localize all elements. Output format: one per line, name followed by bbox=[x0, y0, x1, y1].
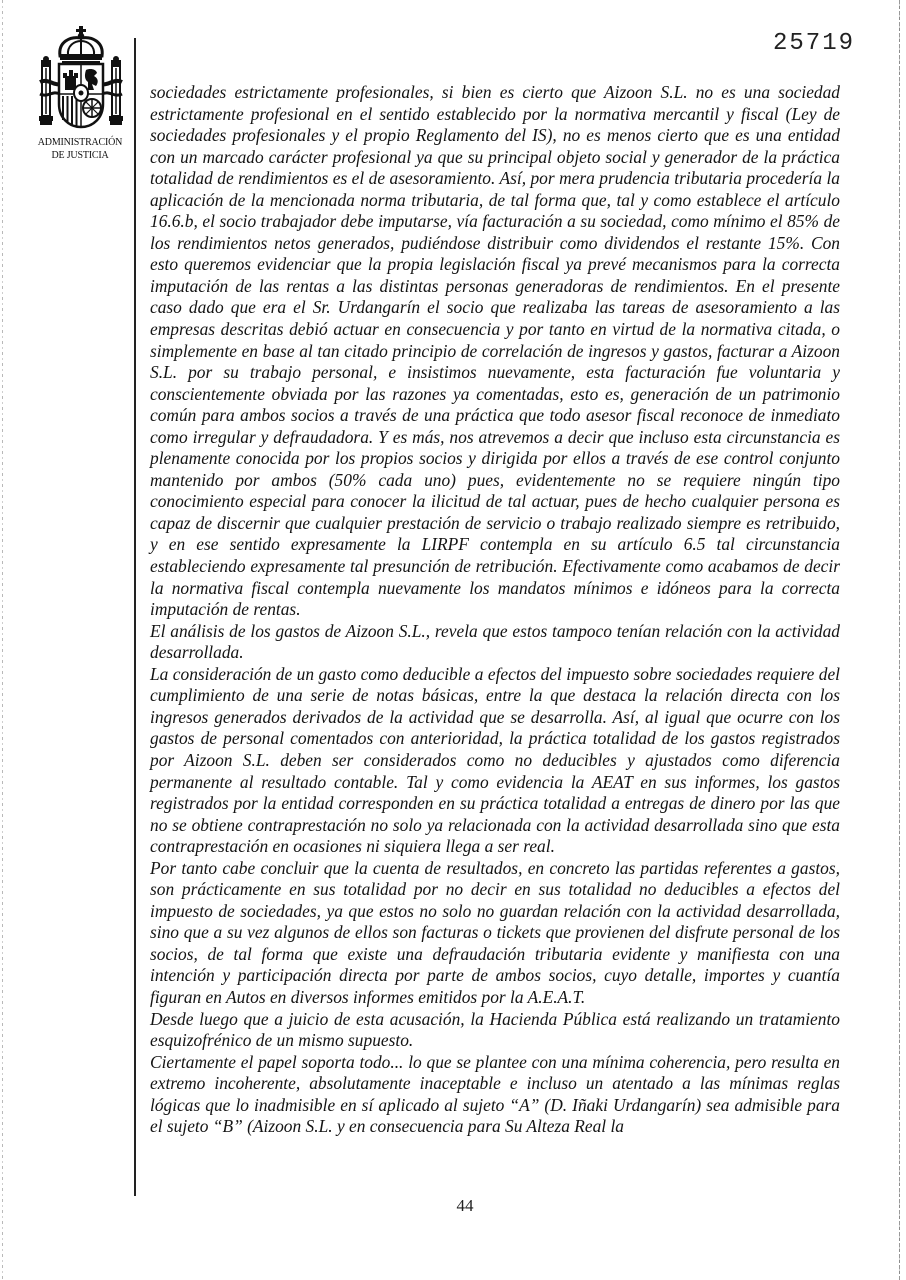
document-stamp-number: 25719 bbox=[773, 30, 855, 57]
page-number: 44 bbox=[0, 1196, 906, 1216]
emblem-caption: ADMINISTRACIÓN DE JUSTICIA bbox=[30, 136, 130, 162]
paragraph: La consideración de un gasto como deduci… bbox=[150, 664, 840, 858]
document-body: sociedades estrictamente profesionales, … bbox=[150, 82, 840, 1138]
coat-of-arms-of-spain-icon bbox=[38, 24, 124, 132]
paragraph: Por tanto cabe concluir que la cuenta de… bbox=[150, 858, 840, 1009]
page-number-text: 44 bbox=[457, 1196, 474, 1215]
scan-edge-left bbox=[2, 0, 3, 1280]
paragraph: El análisis de los gastos de Aizoon S.L.… bbox=[150, 621, 840, 664]
paragraph: sociedades estrictamente profesionales, … bbox=[150, 82, 840, 621]
administracion-de-justicia-emblem: ADMINISTRACIÓN DE JUSTICIA bbox=[30, 24, 130, 164]
paragraph: Desde luego que a juicio de esta acusaci… bbox=[150, 1009, 840, 1052]
paragraph: Ciertamente el papel soporta todo... lo … bbox=[150, 1052, 840, 1138]
emblem-caption-line-1: ADMINISTRACIÓN bbox=[30, 136, 130, 149]
scan-edge-right bbox=[899, 0, 900, 1280]
margin-rule bbox=[134, 38, 136, 1196]
emblem-caption-line-2: DE JUSTICIA bbox=[30, 149, 130, 162]
